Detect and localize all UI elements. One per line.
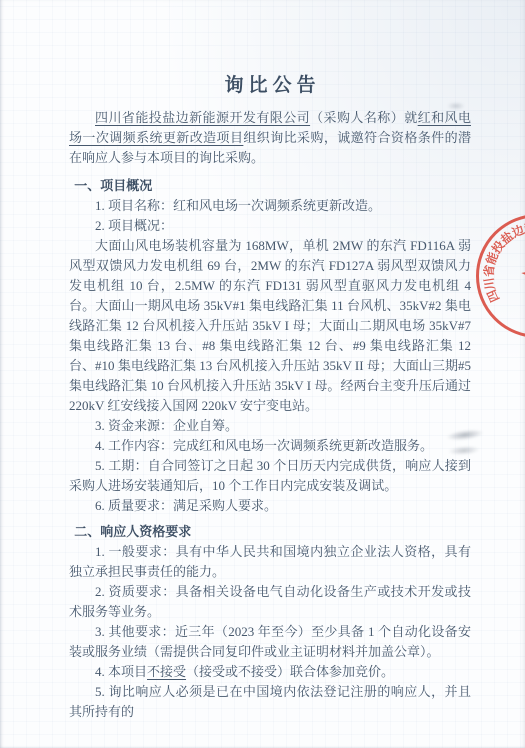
- project-overview-paragraph: 大面山风电场装机容量为 168MW，单机 2MW 的东汽 FD116A 弱风型双…: [69, 236, 471, 416]
- project-name-item: 1. 项目名称：红和风电场一次调频系统更新改造。: [69, 196, 471, 216]
- consortium-item: 4. 本项目不接受（接受或不接受）联合体参加竞价。: [69, 662, 471, 682]
- section-2-heading: 二、响应人资格要求: [69, 522, 471, 542]
- general-requirement-item: 1. 一般要求：具有中华人民共和国境内独立企业法人资格，具有独立承担民事责任的能…: [69, 542, 471, 582]
- project-overview-item: 2. 项目概况：: [69, 216, 471, 236]
- page-title: 询比公告: [69, 73, 471, 99]
- work-content-item: 4. 工作内容：完成红和风电场一次调频系统更新改造服务。: [69, 436, 471, 456]
- consortium-suffix: （接受或不接受）联合体参加竞价。: [186, 664, 394, 679]
- consortium-prefix: 4. 本项目: [95, 664, 147, 679]
- other-requirement-item: 3. 其他要求：近三年（2023 年至今）至少具备 1 个自动化设备安装或服务业…: [69, 622, 471, 662]
- schedule-item: 5. 工期：自合同签订之日起 30 个日历天内完成供货，响应人接到采购人进场安装…: [69, 456, 471, 496]
- funding-source-item: 3. 资金来源：企业自筹。: [69, 416, 471, 436]
- intro-middle-text: （采购人名称）就: [310, 110, 418, 125]
- scanned-document-page: 询比公告 四川省能投盐边新能源开发有限公司（采购人名称）就红和风电场一次调频系统…: [0, 0, 525, 748]
- purchaser-name: 四川省能投盐边新能源开发有限公司: [95, 110, 310, 125]
- section-1-heading: 一、项目概况: [69, 176, 471, 196]
- qualification-requirement-item: 2. 资质要求：具备相关设备电气自动化设备生产或技术开发或技术服务等业务。: [69, 582, 471, 622]
- consortium-not-accepted: 不接受: [147, 664, 186, 679]
- company-seal-stamp: 四川省能投盐边新能源开发有限公司 5104225 ★: [476, 214, 525, 338]
- document-body: 询比公告 四川省能投盐边新能源开发有限公司（采购人名称）就红和风电场一次调频系统…: [69, 73, 471, 722]
- intro-paragraph: 四川省能投盐边新能源开发有限公司（采购人名称）就红和风电场一次调频系统更新改造项…: [69, 108, 471, 168]
- quality-requirement-item: 6. 质量要求：满足采购人要求。: [69, 496, 471, 516]
- registration-requirement-item: 5. 询比响应人必须是已在中国境内依法登记注册的响应人，并且其所持有的: [69, 682, 471, 722]
